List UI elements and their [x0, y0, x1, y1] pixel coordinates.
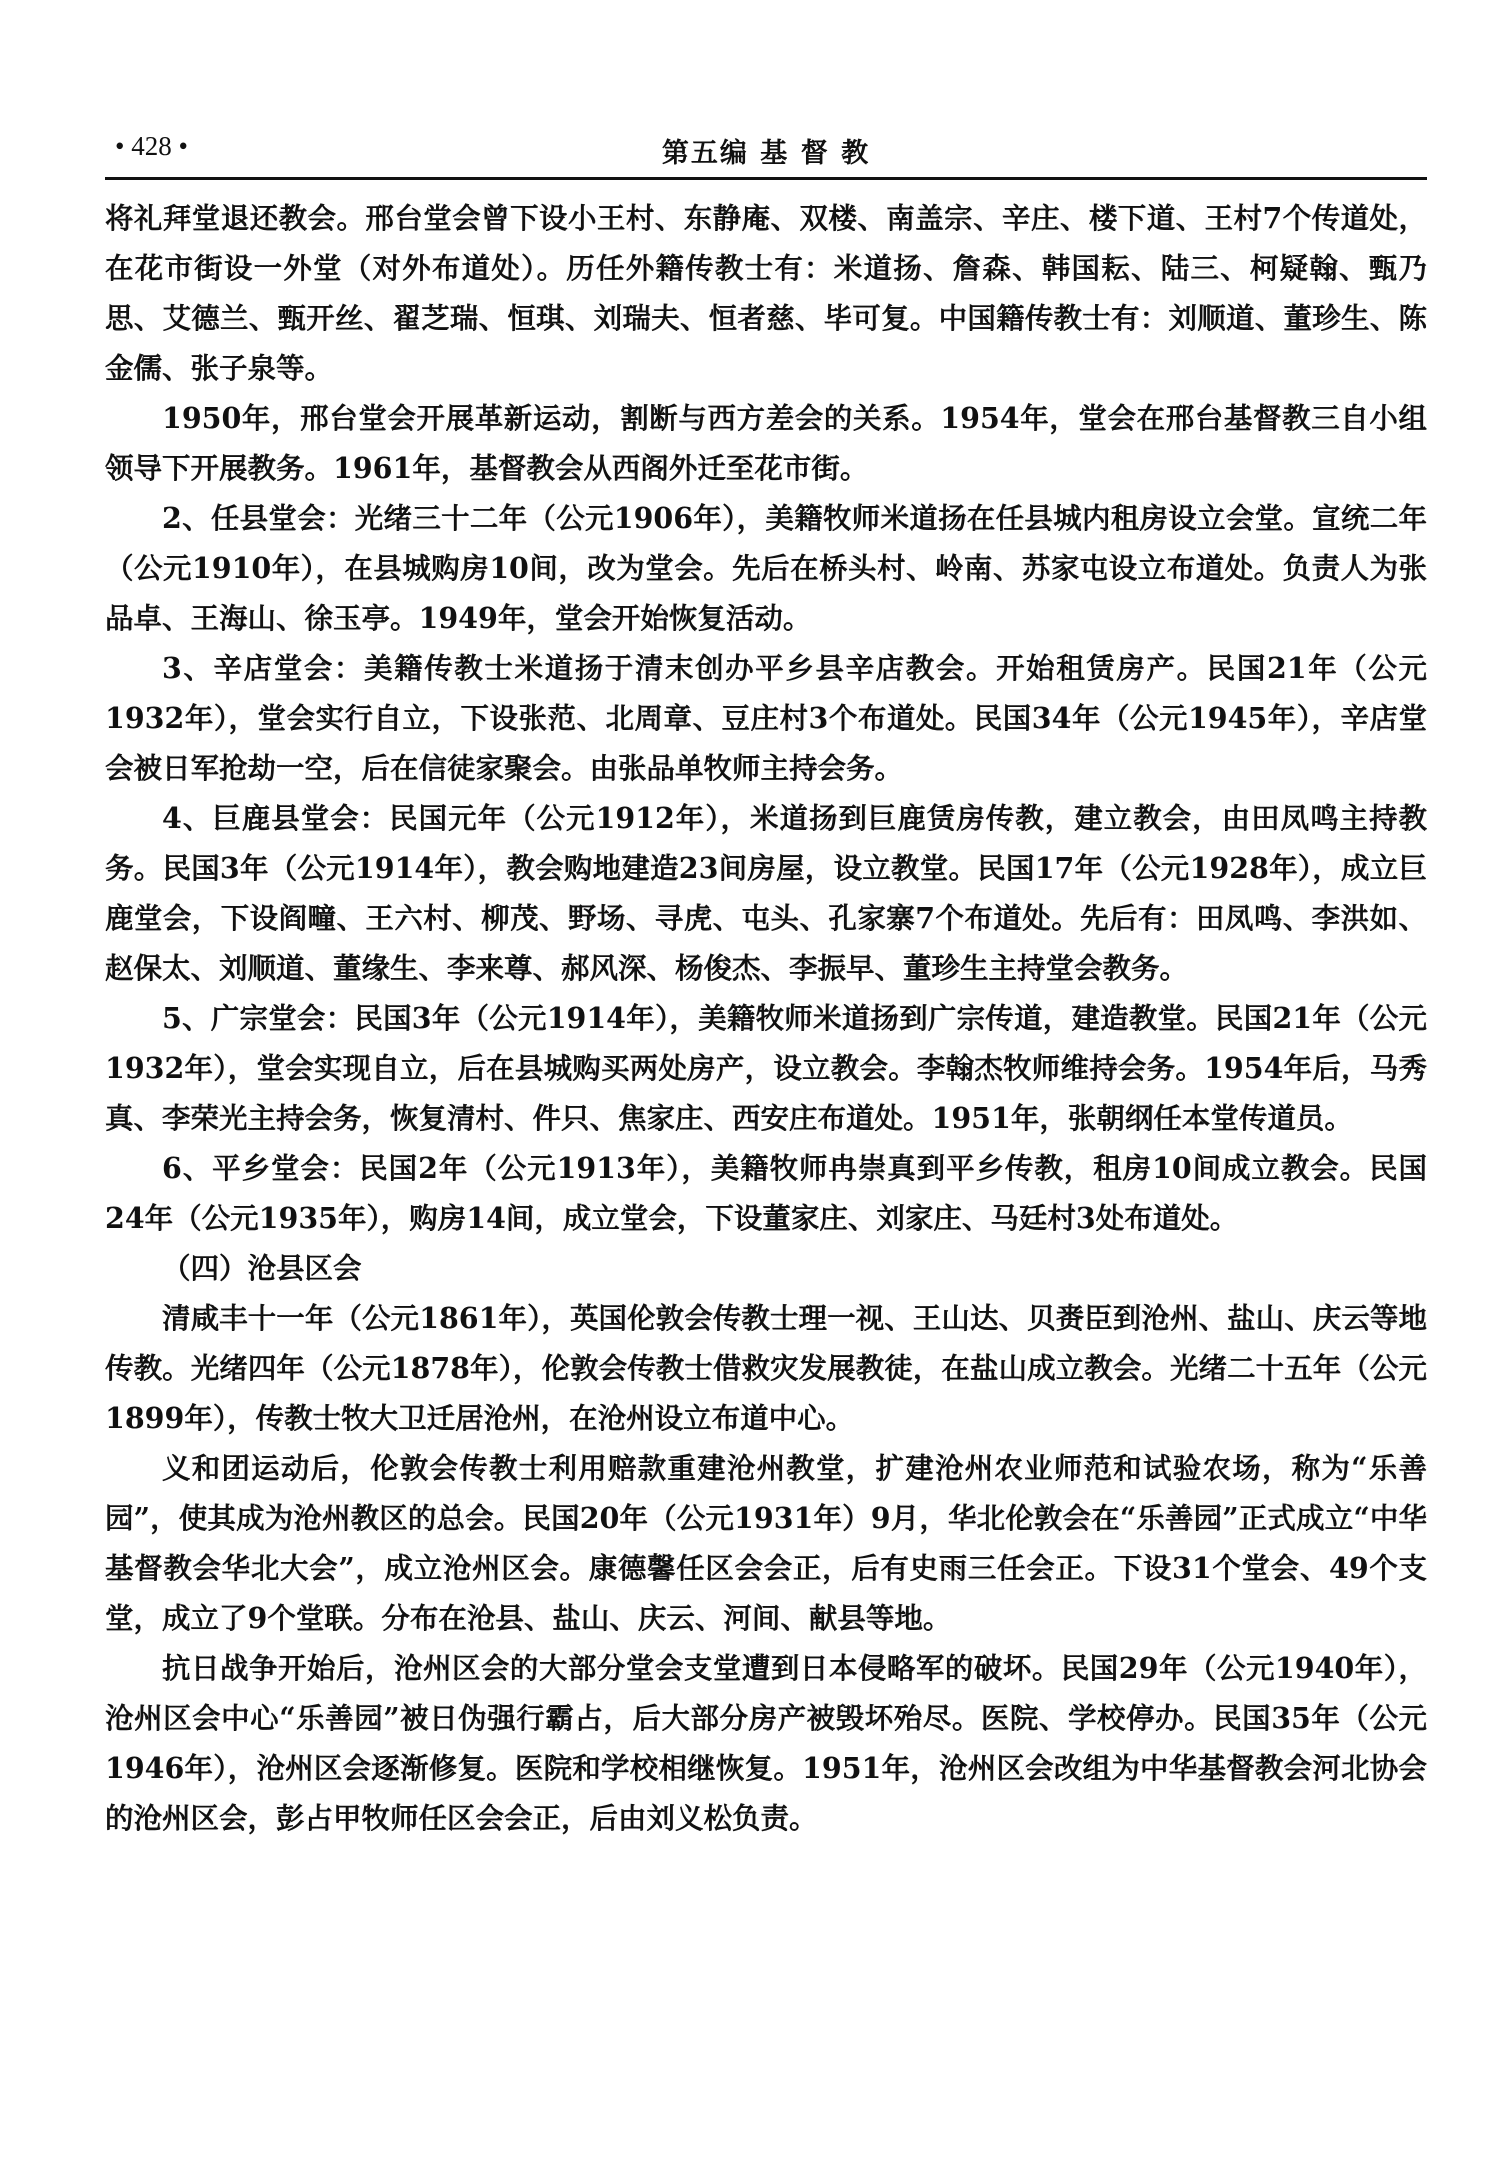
- paragraph: 5、广宗堂会：民国3年（公元1914年），美籍牧师米道扬到广宗传道，建造教堂。民…: [105, 993, 1427, 1143]
- paragraph: 将礼拜堂退还教会。邢台堂会曾下设小王村、东静庵、双楼、南盖宗、辛庄、楼下道、王村…: [105, 193, 1427, 393]
- paragraph: 4、巨鹿县堂会：民国元年（公元1912年），米道扬到巨鹿赁房传教，建立教会，由田…: [105, 793, 1427, 993]
- header-rule: [105, 177, 1427, 180]
- book-page: • 428 • 第五编 基 督 教 将礼拜堂退还教会。邢台堂会曾下设小王村、东静…: [105, 125, 1427, 175]
- paragraph: 3、辛店堂会：美籍传教士米道扬于清末创办平乡县辛店教会。开始租赁房产。民国21年…: [105, 643, 1427, 793]
- page-body: 将礼拜堂退还教会。邢台堂会曾下设小王村、东静庵、双楼、南盖宗、辛庄、楼下道、王村…: [105, 193, 1427, 1843]
- paragraph: 义和团运动后，伦敦会传教士利用赔款重建沧州教堂，扩建沧州农业师范和试验农场，称为…: [105, 1443, 1427, 1643]
- section-heading: （四）沧县区会: [105, 1243, 1427, 1293]
- paragraph: 1950年，邢台堂会开展革新运动，割断与西方差会的关系。1954年，堂会在邢台基…: [105, 393, 1427, 493]
- paragraph: 2、任县堂会：光绪三十二年（公元1906年），美籍牧师米道扬在任县城内租房设立会…: [105, 493, 1427, 643]
- paragraph: 清咸丰十一年（公元1861年），英国伦敦会传教士理一视、王山达、贝赉臣到沧州、盐…: [105, 1293, 1427, 1443]
- page-header: • 428 • 第五编 基 督 教: [105, 125, 1427, 175]
- paragraph: 抗日战争开始后，沧州区会的大部分堂会支堂遭到日本侵略军的破坏。民国29年（公元1…: [105, 1643, 1427, 1843]
- paragraph: 6、平乡堂会：民国2年（公元1913年），美籍牧师冉崇真到平乡传教，租房10间成…: [105, 1143, 1427, 1243]
- running-title: 第五编 基 督 教: [105, 131, 1427, 170]
